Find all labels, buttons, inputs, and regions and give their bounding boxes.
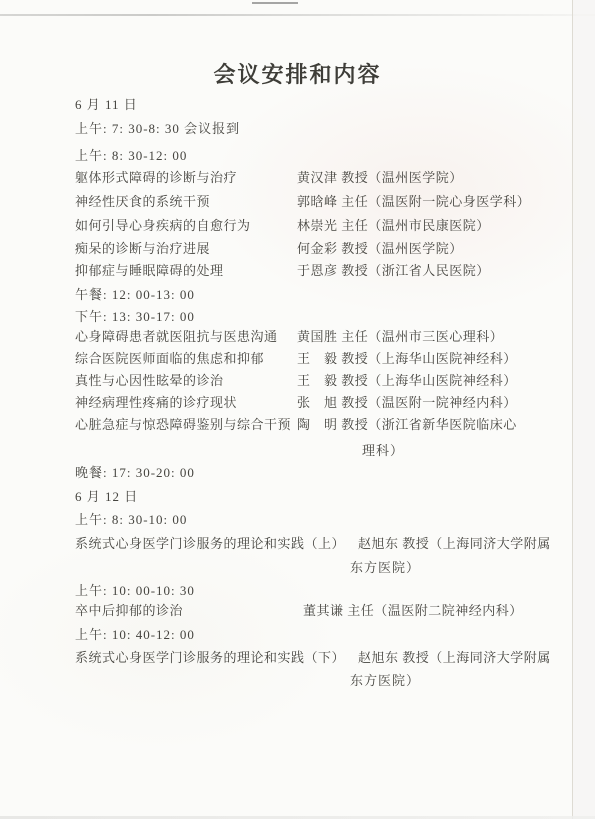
session-row: 系统式心身医学门诊服务的理论和实践（上）赵旭东 教授（上海同济大学附属: [75, 535, 551, 552]
session-speaker: 赵旭东 教授（上海同济大学附属: [358, 649, 551, 666]
session-topic: 抑郁症与睡眠障碍的处理: [75, 262, 297, 279]
session-speaker: 董其谦 主任（温医附二院神经内科）: [303, 602, 523, 619]
page-title: 会议安排和内容: [0, 58, 595, 89]
day2-slot1: 上午: 8: 30-10: 00: [75, 511, 187, 528]
session-row: 痴呆的诊断与治疗进展何金彩 教授（温州医学院）: [75, 240, 463, 257]
day1-morning-slot: 上午: 8: 30-12: 00: [75, 147, 187, 164]
session-row: 系统式心身医学门诊服务的理论和实践（下）赵旭东 教授（上海同济大学附属: [75, 649, 551, 666]
scan-artifact-top-edge: [0, 14, 595, 16]
scan-artifact-right-line: [572, 0, 573, 819]
session-speaker: 陶 明 教授（浙江省新华医院临床心: [297, 416, 517, 433]
day1-lunch-line: 午餐: 12: 00-13: 00: [75, 286, 195, 303]
session-topic: 真性与心因性眩晕的诊治: [75, 372, 297, 389]
day1-date-heading: 6 月 11 日: [75, 96, 138, 113]
session-speaker: 张 旭 教授（温医附一院神经内科）: [297, 394, 517, 411]
session-topic: 如何引导心身疾病的自愈行为: [75, 217, 297, 234]
session-speaker: 王 毅 教授（上海华山医院神经科）: [297, 350, 517, 367]
day1-dinner-line: 晚餐: 17: 30-20: 00: [75, 464, 195, 481]
session-speaker: 郭晗峰 主任（温医附一院心身医学科）: [297, 193, 530, 210]
day2-slot2: 上午: 10: 00-10: 30: [75, 582, 195, 599]
scanned-document-page: 会议安排和内容 6 月 11 日 上午: 7: 30-8: 30 会议报到 上午…: [0, 0, 595, 819]
session-topic: 综合医院医师面临的焦虑和抑郁: [75, 350, 297, 367]
scan-artifact-right-strip: [573, 0, 595, 819]
session-topic: 心身障碍患者就医阻抗与医患沟通: [75, 328, 297, 345]
session-topic: 躯体形式障碍的诊断与治疗: [75, 169, 297, 186]
session-topic: 心脏急症与惊恐障碍鉴别与综合干预: [75, 416, 297, 433]
session-speaker: 黄汉津 教授（温州医学院）: [297, 169, 463, 186]
session-topic: 神经病理性疼痛的诊疗现状: [75, 394, 297, 411]
session-topic: 卒中后抑郁的诊治: [75, 602, 303, 619]
session-topic: 系统式心身医学门诊服务的理论和实践（上）: [75, 535, 345, 552]
session-speaker: 于恩彦 教授（浙江省人民医院）: [297, 262, 490, 279]
session-row: 心脏急症与惊恐障碍鉴别与综合干预陶 明 教授（浙江省新华医院临床心: [75, 416, 517, 433]
session-row: 真性与心因性眩晕的诊治王 毅 教授（上海华山医院神经科）: [75, 372, 517, 389]
session-row: 躯体形式障碍的诊断与治疗黄汉津 教授（温州医学院）: [75, 169, 463, 186]
session-row: 卒中后抑郁的诊治董其谦 主任（温医附二院神经内科）: [75, 602, 523, 619]
day2-slot3: 上午: 10: 40-12: 00: [75, 626, 195, 643]
session-speaker-continuation: 东方医院）: [350, 672, 420, 689]
day1-afternoon-slot: 下午: 13: 30-17: 00: [75, 308, 195, 325]
session-speaker-continuation: 东方医院）: [350, 559, 420, 576]
session-speaker: 何金彩 教授（温州医学院）: [297, 240, 463, 257]
session-row: 神经性厌食的系统干预郭晗峰 主任（温医附一院心身医学科）: [75, 193, 530, 210]
session-speaker-continuation: 理科）: [362, 442, 404, 459]
session-row: 心身障碍患者就医阻抗与医患沟通黄国胜 主任（温州市三医心理科）: [75, 328, 503, 345]
scan-artifact-top-tick: [252, 2, 298, 4]
session-speaker: 赵旭东 教授（上海同济大学附属: [358, 535, 551, 552]
session-topic: 系统式心身医学门诊服务的理论和实践（下）: [75, 649, 345, 666]
session-topic: 神经性厌食的系统干预: [75, 193, 297, 210]
day1-registration-line: 上午: 7: 30-8: 30 会议报到: [75, 120, 240, 137]
session-row: 神经病理性疼痛的诊疗现状张 旭 教授（温医附一院神经内科）: [75, 394, 517, 411]
session-row: 综合医院医师面临的焦虑和抑郁王 毅 教授（上海华山医院神经科）: [75, 350, 517, 367]
session-speaker: 林崇光 主任（温州市民康医院）: [297, 217, 490, 234]
session-speaker: 王 毅 教授（上海华山医院神经科）: [297, 372, 517, 389]
day2-date-heading: 6 月 12 日: [75, 488, 138, 505]
session-row: 抑郁症与睡眠障碍的处理于恩彦 教授（浙江省人民医院）: [75, 262, 490, 279]
session-speaker: 黄国胜 主任（温州市三医心理科）: [297, 328, 503, 345]
session-row: 如何引导心身疾病的自愈行为林崇光 主任（温州市民康医院）: [75, 217, 490, 234]
session-topic: 痴呆的诊断与治疗进展: [75, 240, 297, 257]
